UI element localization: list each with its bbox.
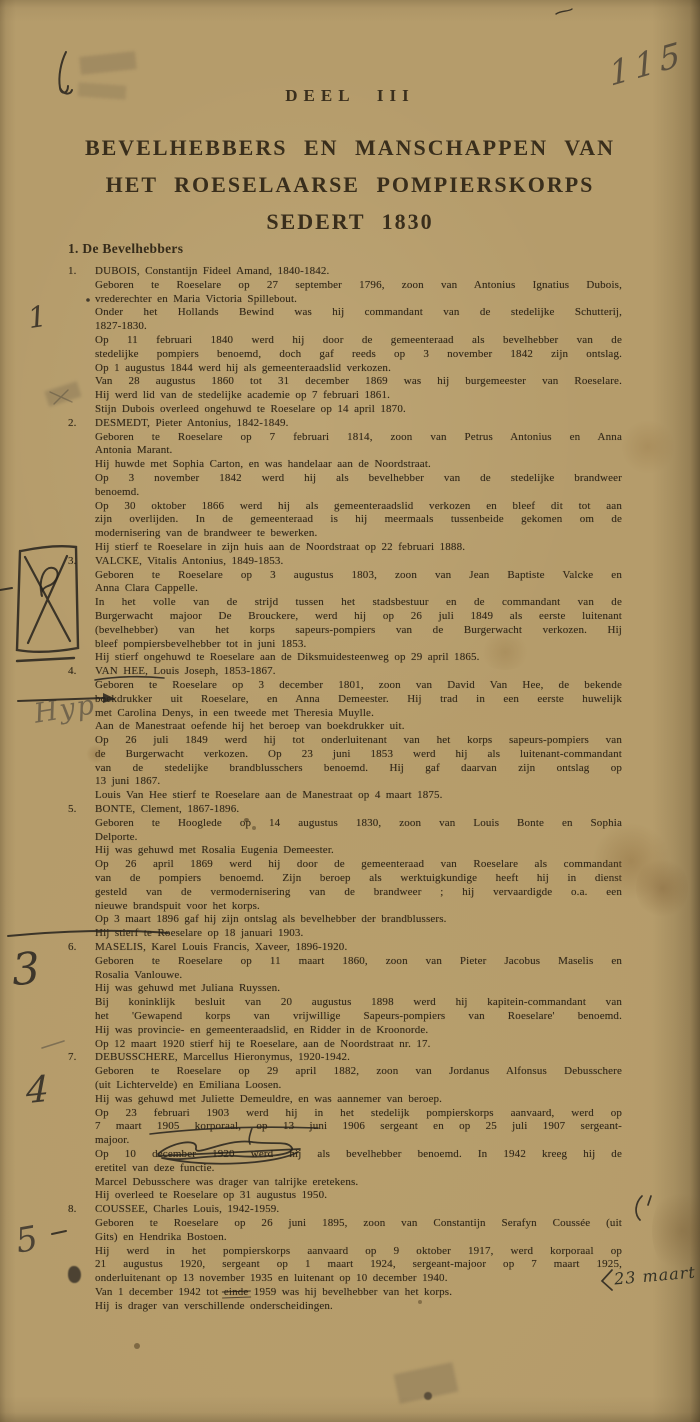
text-line: van de stedelijke brandblusschers benoem… xyxy=(95,762,622,776)
text-line: Delporte. xyxy=(95,831,622,845)
text-line: 21 augustus 1920, sergeant op 1 maart 19… xyxy=(95,1258,622,1272)
ink-margin-note-23-maart: 23 maart xyxy=(613,1262,696,1288)
entry-number: 3. xyxy=(68,555,95,665)
entry: 1.DUBOIS, Constantijn Fideel Amand, 1840… xyxy=(68,265,622,417)
text-line: Op 26 juli 1849 werd hij tot onderluiten… xyxy=(95,734,622,748)
text-line: Hij huwde met Sophia Carton, en was hand… xyxy=(95,458,622,472)
text-line: Op 1 augustus 1844 werd hij als gemeente… xyxy=(95,362,622,376)
title-line-3: SEDERT 1830 xyxy=(0,203,700,240)
text-line: Op 3 maart 1896 gaf hij zijn ontslag als… xyxy=(95,913,622,927)
text-line: Hij was provincie- en gemeenteraadslid, … xyxy=(95,1024,622,1038)
text-line: Op 12 maart 1920 stierf hij te Roeselare… xyxy=(95,1038,622,1052)
text-line: zijn overlijden. In de gemeenteraad is h… xyxy=(95,513,622,527)
text-line: Hij is drager van verschillende ondersch… xyxy=(95,1300,622,1314)
text-line: Aan de Manestraat oefende hij het beroep… xyxy=(95,720,622,734)
entry-number: 5. xyxy=(68,803,95,941)
text-line: In het volle van de strijd tussen het st… xyxy=(95,596,622,610)
entry-body: VALCKE, Vitalis Antonius, 1849-1853.Gebo… xyxy=(95,555,622,665)
title-line-2: HET ROESELAARSE POMPIERSKORPS xyxy=(0,166,700,203)
text-line: Hij werd lid van de stedelijke academie … xyxy=(95,389,622,403)
entry-body: BONTE, Clement, 1867-1896.Geboren te Hoo… xyxy=(95,803,622,941)
text-line: (bevelhebber) van het korps sapeurs-pomp… xyxy=(95,624,622,638)
entry-body: COUSSEE, Charles Louis, 1942-1959.Gebore… xyxy=(95,1203,622,1313)
part-header: DEEL III xyxy=(0,86,700,106)
text-line: Hij overleed te Roeselare op 31 augustus… xyxy=(95,1189,622,1203)
text-line: de Burgerwacht verkozen. Op 23 juni 1853… xyxy=(95,748,622,762)
entry-body: DEBUSSCHERE, Marcellus Hieronymus, 1920-… xyxy=(95,1051,622,1203)
entry: 6.MASELIS, Karel Louis Francis, Xaveer, … xyxy=(68,941,622,1051)
text-line: modernisering van de brandweer te bewerk… xyxy=(95,527,622,541)
text-line: bleef pompiersbevelhebber tot in juni 18… xyxy=(95,638,622,652)
entry: 4.VAN HEE, Louis Joseph, 1853-1867.Gebor… xyxy=(68,665,622,803)
title-line-1: BEVELHEBBERS EN MANSCHAPPEN VAN xyxy=(0,129,700,166)
handwritten-page-number: 115 xyxy=(607,33,686,94)
entry-number: 1. xyxy=(68,265,95,417)
text-line: Op 23 februari 1903 werd hij in het sted… xyxy=(95,1107,622,1121)
text-line: Hij stierf te Roeselare op 18 januari 19… xyxy=(95,927,622,941)
pencil-smudge xyxy=(394,1362,459,1404)
entry-number: 4. xyxy=(68,665,95,803)
text-line: gesteld van de vermodernisering van de b… xyxy=(95,886,622,900)
pencil-smudge xyxy=(79,51,137,75)
text-line: Antonia Marant. xyxy=(95,444,622,458)
margin-dash xyxy=(52,1231,66,1234)
text-line: VAN HEE, Louis Joseph, 1853-1867. xyxy=(95,665,622,679)
entry-number: 7. xyxy=(68,1051,95,1203)
text-line: Van 28 augustus 1860 tot 31 december 186… xyxy=(95,375,622,389)
margin-box-underline xyxy=(17,658,74,661)
text-line: DESMEDT, Pieter Antonius, 1842-1849. xyxy=(95,417,622,431)
text-line: DEBUSSCHERE, Marcellus Hieronymus, 1920-… xyxy=(95,1051,622,1065)
paper-stain xyxy=(636,856,688,920)
entry-body: VAN HEE, Louis Joseph, 1853-1867.Geboren… xyxy=(95,665,622,803)
entry: 2.DESMEDT, Pieter Antonius, 1842-1849.Ge… xyxy=(68,417,622,555)
text-line: Bij koninklijk besluit van 20 augustus 1… xyxy=(95,996,622,1010)
text-line: met Carolina Denys, in een tweede met Th… xyxy=(95,707,622,721)
entry: 5.BONTE, Clement, 1867-1896.Geboren te H… xyxy=(68,803,622,941)
text-line: Marcel Debusschere was drager van talrij… xyxy=(95,1176,622,1190)
text-line: Geboren te Roeselare op 7 februari 1814,… xyxy=(95,431,622,445)
entry-number: 2. xyxy=(68,417,95,555)
entry-number: 6. xyxy=(68,941,95,1051)
text-line: 1827-1830. xyxy=(95,320,622,334)
struck-word: einde xyxy=(224,1286,249,1298)
text-line: Op 3 november 1842 werd hij als bevelheb… xyxy=(95,472,622,486)
text-line: Geboren te Roeselare op 29 april 1882, z… xyxy=(95,1065,622,1079)
text-line: Op 30 oktober 1866 werd hij als gemeente… xyxy=(95,500,622,514)
text-line: Op 10 december 1920 werd hij als bevelhe… xyxy=(95,1148,622,1162)
text-line: onderluitenant op 13 november 1935 en lu… xyxy=(95,1272,622,1286)
handwritten-margin-digit-1: 1 xyxy=(26,299,49,335)
entry: 8.COUSSEE, Charles Louis, 1942-1959.Gebo… xyxy=(68,1203,622,1313)
text-line: 7 maart 1905 korporaal, op 13 juni 1906 … xyxy=(95,1120,622,1134)
ink-blot xyxy=(424,1392,432,1400)
commander-list: 1.DUBOIS, Constantijn Fideel Amand, 1840… xyxy=(68,265,622,1314)
text-line: van de pompiers benoemd. Zijn beroep als… xyxy=(95,872,622,886)
text-line: het 'Gewapend korps van vrijwillige Sape… xyxy=(95,1010,622,1024)
entry-body: MASELIS, Karel Louis Francis, Xaveer, 18… xyxy=(95,941,622,1051)
text-line: stedelijke pompiers benoemd, doch gaf re… xyxy=(95,348,622,362)
text-line: Geboren te Roeselare op 27 september 179… xyxy=(95,279,622,293)
text-line: boekdrukker uit Roeselare, en Anna Demee… xyxy=(95,693,622,707)
entry-body: DESMEDT, Pieter Antonius, 1842-1849.Gebo… xyxy=(95,417,622,555)
text-line: Stijn Dubois overleed ongehuwd te Roesel… xyxy=(95,403,622,417)
section-heading: 1. De Bevelhebbers xyxy=(68,241,183,257)
text-line: MASELIS, Karel Louis Francis, Xaveer, 18… xyxy=(95,941,622,955)
text-line: Anna Clara Cappelle. xyxy=(95,582,622,596)
entry: 7.DEBUSSCHERE, Marcellus Hieronymus, 192… xyxy=(68,1051,622,1203)
text-line: Onder het Hollands Bewind was hij comman… xyxy=(95,306,622,320)
text-line: BONTE, Clement, 1867-1896. xyxy=(95,803,622,817)
text-line: DUBOIS, Constantijn Fideel Amand, 1840-1… xyxy=(95,265,622,279)
paper-stain xyxy=(622,418,674,476)
text-line: Hij was gehuwd met Juliette Demeuldre, e… xyxy=(95,1093,622,1107)
paper-stain xyxy=(652,1186,700,1276)
text-line: Louis Van Hee stierf te Roeselare aan de… xyxy=(95,789,622,803)
text-line: Geboren te Roeselare op 26 juni 1895, zo… xyxy=(95,1217,622,1231)
entry: 3.VALCKE, Vitalis Antonius, 1849-1853.Ge… xyxy=(68,555,622,665)
margin-box-loop xyxy=(41,568,58,596)
text-line: Hij was gehuwd met Rosalia Eugenia Demee… xyxy=(95,844,622,858)
text-segment: 1959 was hij bevelhebber van het korps. xyxy=(248,1286,452,1298)
text-line: Hij stierf ongehuwd te Roeselare aan de … xyxy=(95,651,622,665)
text-line: Hij stierf te Roeselare in zijn huis aan… xyxy=(95,541,622,555)
entry-body: DUBOIS, Constantijn Fideel Amand, 1840-1… xyxy=(95,265,622,417)
handwritten-margin-digit-4: 4 xyxy=(26,1069,49,1113)
text-segment: Van 1 december 1942 tot xyxy=(95,1286,224,1298)
tiny-edge-mark xyxy=(556,9,572,14)
text-line: Geboren te Roeselare op 3 december 1801,… xyxy=(95,679,622,693)
text-line: Geboren te Roeselare op 11 maart 1860, z… xyxy=(95,955,622,969)
margin-box-x xyxy=(25,556,70,643)
entry-number: 8. xyxy=(68,1203,95,1313)
text-line: vrederechter en Maria Victoria Spillebou… xyxy=(95,293,622,307)
pencil-dash xyxy=(42,1041,64,1048)
handwritten-margin-digit-3: 3 xyxy=(10,943,41,996)
text-line: benoemd. xyxy=(95,486,622,500)
text-line: Geboren te Hooglede op 14 augustus 1830,… xyxy=(95,817,622,831)
document-title: BEVELHEBBERS EN MANSCHAPPEN VAN HET ROES… xyxy=(0,129,700,240)
text-line: Op 26 april 1869 werd hij door de gemeen… xyxy=(95,858,622,872)
text-line: (uit Lichtervelde) en Emiliana Loosen. xyxy=(95,1079,622,1093)
text-line: Geboren te Roeselare op 3 augustus 1803,… xyxy=(95,569,622,583)
handwritten-margin-digit-5: 5 xyxy=(13,1218,41,1261)
text-line: Gits) en Hendrika Bostoen. xyxy=(95,1231,622,1245)
text-line: nieuwe brandspuit voor het korps. xyxy=(95,900,622,914)
text-line: Van 1 december 1942 tot einde 1959 was h… xyxy=(95,1286,622,1300)
text-line: Rosalia Vanlouwe. xyxy=(95,969,622,983)
text-line: Hij werd in het pompierskorps aanvaard o… xyxy=(95,1245,622,1259)
text-line: VALCKE, Vitalis Antonius, 1849-1853. xyxy=(95,555,622,569)
ink-spot xyxy=(134,1343,140,1349)
bracket-mark xyxy=(636,1196,651,1220)
margin-tick xyxy=(0,588,12,590)
scanned-document-page: DEEL III BEVELHEBBERS EN MANSCHAPPEN VAN… xyxy=(0,0,700,1422)
text-line: majoor. xyxy=(95,1134,622,1148)
text-line: eretitel van deze functie. xyxy=(95,1162,622,1176)
text-line: Op 11 februari 1840 werd hij door de gem… xyxy=(95,334,622,348)
text-line: Hij was gehuwd met Juliana Ruyssen. xyxy=(95,982,622,996)
text-line: COUSSEE, Charles Louis, 1942-1959. xyxy=(95,1203,622,1217)
text-line: Burgerwacht majoor De Brouckere, werd hi… xyxy=(95,610,622,624)
text-line: 13 juni 1867. xyxy=(95,775,622,789)
